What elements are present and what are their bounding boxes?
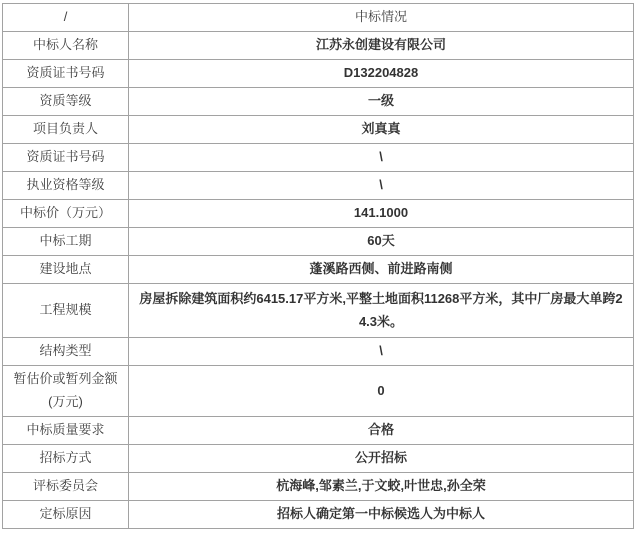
row-value: \ — [129, 338, 634, 366]
row-label: 中标质量要求 — [3, 417, 129, 445]
table-row: 定标原因 招标人确定第一中标候选人为中标人 — [3, 501, 634, 529]
table-row: 资质证书号码 D132204828 — [3, 60, 634, 88]
table-row: 中标工期 60天 — [3, 228, 634, 256]
row-label: 建设地点 — [3, 256, 129, 284]
row-label: 结构类型 — [3, 338, 129, 366]
table-row-project-scale: 工程规模 房屋拆除建筑面积约6415.17平方米,平整土地面积11268平方米，… — [3, 284, 634, 338]
row-value: 一级 — [129, 88, 634, 116]
row-label: 资质证书号码 — [3, 60, 129, 88]
row-value: D132204828 — [129, 60, 634, 88]
row-label: 资质等级 — [3, 88, 129, 116]
row-label: 中标工期 — [3, 228, 129, 256]
table-row-header: / 中标情况 — [3, 4, 634, 32]
row-label: 项目负责人 — [3, 116, 129, 144]
table-row: 中标质量要求 合格 — [3, 417, 634, 445]
row-value: 141.1000 — [129, 200, 634, 228]
row-value: 中标情况 — [129, 4, 634, 32]
table-row: 评标委员会 杭海峰,邹素兰,于文蛟,叶世忠,孙全荣 — [3, 473, 634, 501]
row-label: 招标方式 — [3, 445, 129, 473]
table-row: 结构类型 \ — [3, 338, 634, 366]
row-label: 工程规模 — [3, 284, 129, 338]
bid-info-table: / 中标情况 中标人名称 江苏永创建设有限公司 资质证书号码 D13220482… — [2, 3, 634, 529]
row-value: \ — [129, 144, 634, 172]
row-value: 招标人确定第一中标候选人为中标人 — [129, 501, 634, 529]
table-row: 中标人名称 江苏永创建设有限公司 — [3, 32, 634, 60]
row-value: 杭海峰,邹素兰,于文蛟,叶世忠,孙全荣 — [129, 473, 634, 501]
row-value: \ — [129, 172, 634, 200]
row-value: 60天 — [129, 228, 634, 256]
table-row: 项目负责人 刘真真 — [3, 116, 634, 144]
row-value: 刘真真 — [129, 116, 634, 144]
row-label: 中标人名称 — [3, 32, 129, 60]
row-value: 江苏永创建设有限公司 — [129, 32, 634, 60]
row-value: 合格 — [129, 417, 634, 445]
table-row: 招标方式 公开招标 — [3, 445, 634, 473]
row-label: 定标原因 — [3, 501, 129, 529]
table-row: 资质证书号码 \ — [3, 144, 634, 172]
row-label: 资质证书号码 — [3, 144, 129, 172]
table-row: 执业资格等级 \ — [3, 172, 634, 200]
row-label: 评标委员会 — [3, 473, 129, 501]
row-label: 中标价（万元） — [3, 200, 129, 228]
table-row: 中标价（万元） 141.1000 — [3, 200, 634, 228]
row-value: 公开招标 — [129, 445, 634, 473]
row-label: / — [3, 4, 129, 32]
row-value: 0 — [129, 366, 634, 417]
row-value: 房屋拆除建筑面积约6415.17平方米,平整土地面积11268平方米，其中厂房最… — [129, 284, 634, 338]
row-value: 蓬溪路西侧、前进路南侧 — [129, 256, 634, 284]
row-label: 暂估价或暂列金额(万元) — [3, 366, 129, 417]
table-row: 建设地点 蓬溪路西侧、前进路南侧 — [3, 256, 634, 284]
table-row: 资质等级 一级 — [3, 88, 634, 116]
table-row-provisional-sum: 暂估价或暂列金额(万元) 0 — [3, 366, 634, 417]
row-label: 执业资格等级 — [3, 172, 129, 200]
